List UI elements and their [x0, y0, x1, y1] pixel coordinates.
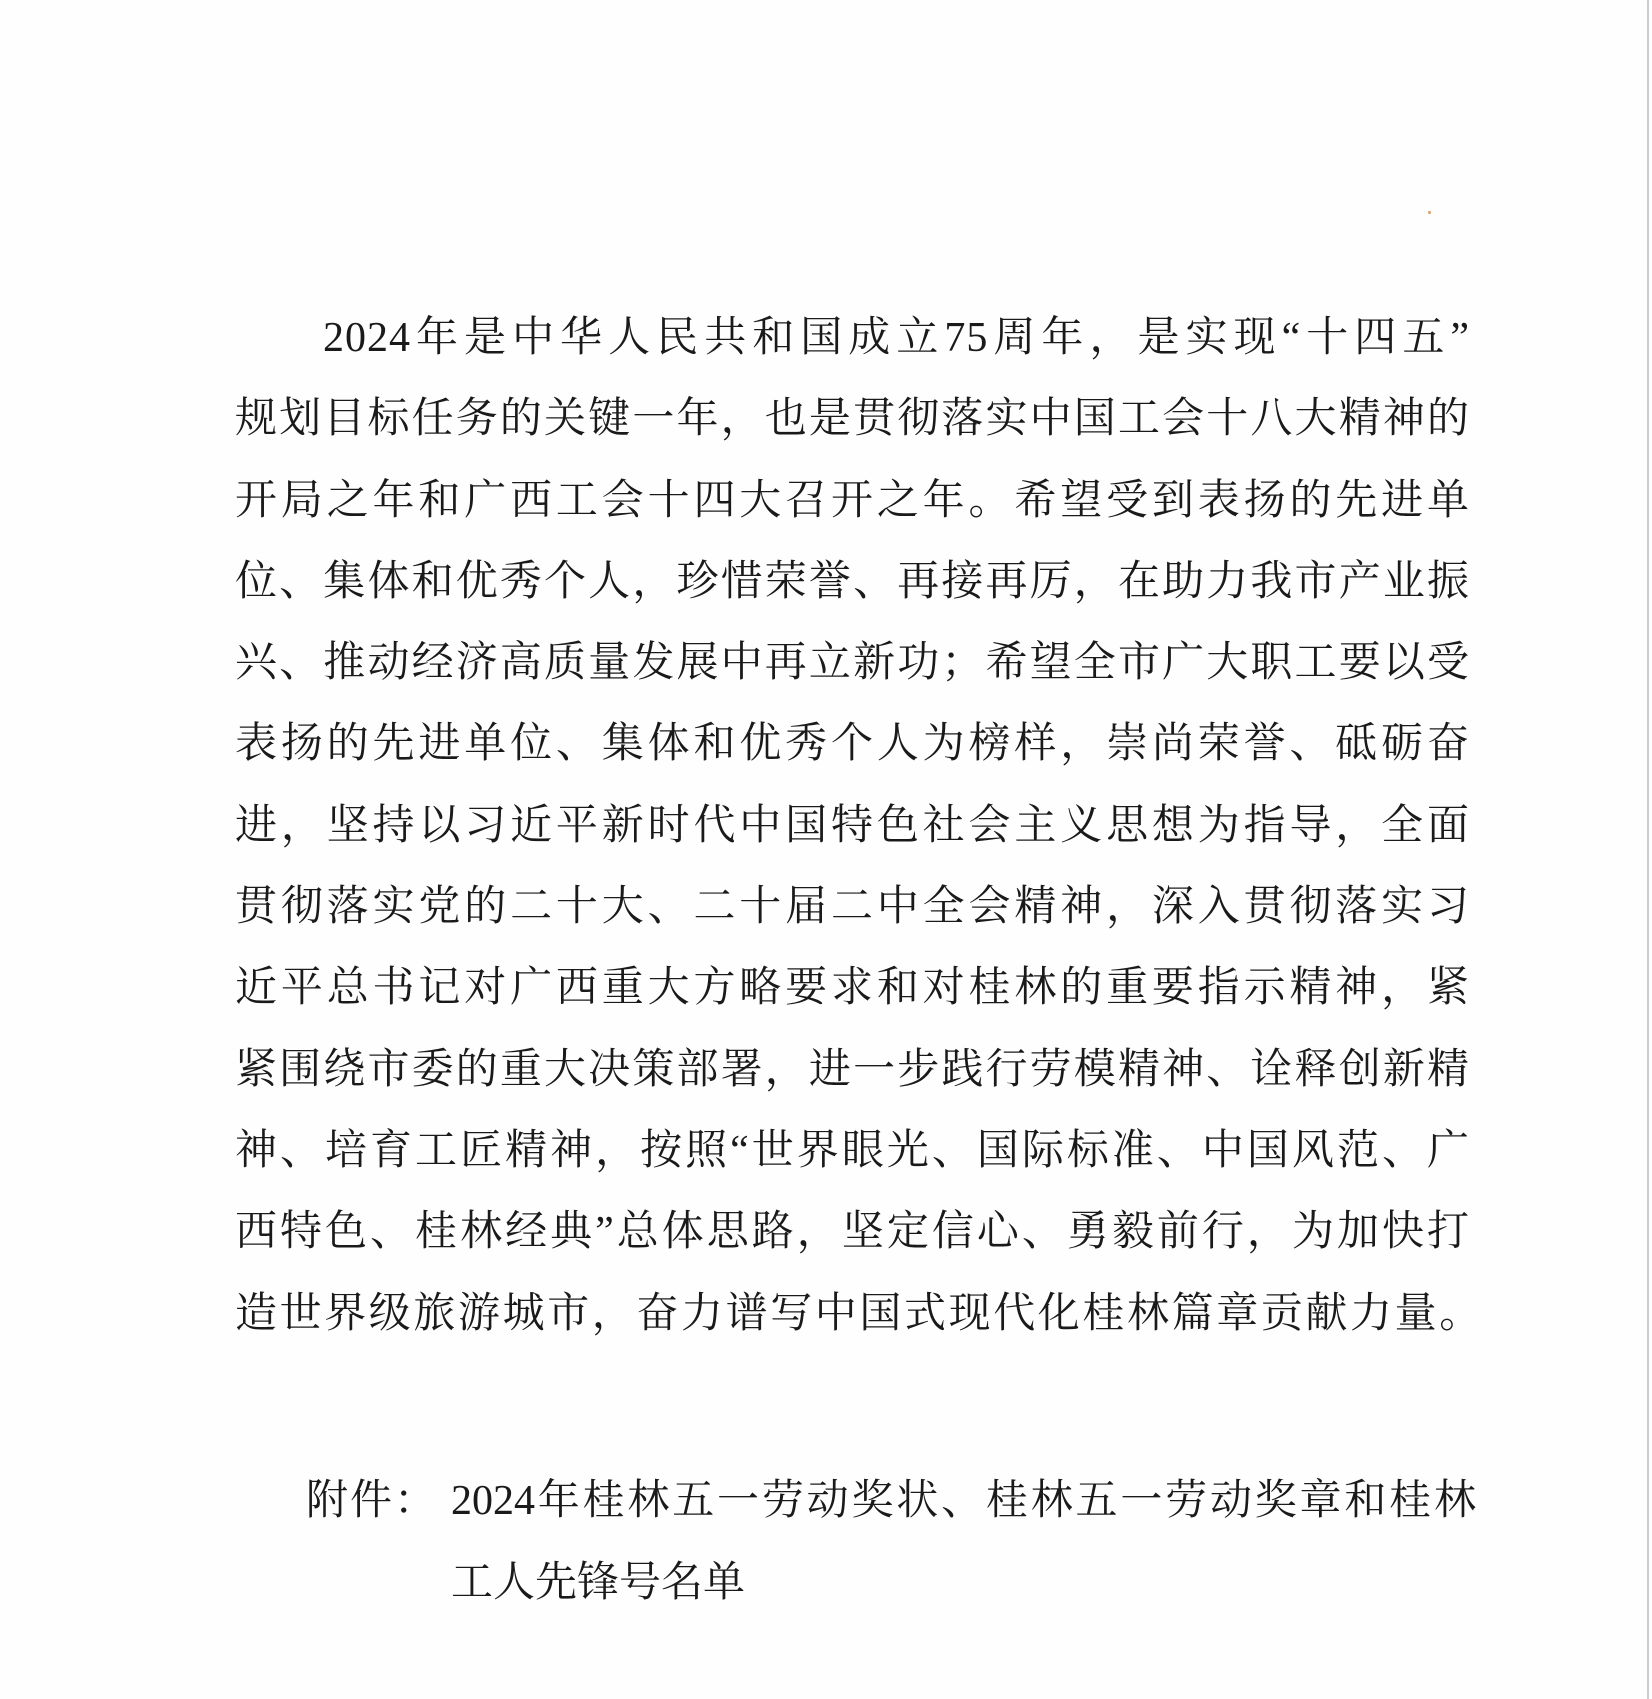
body-line: 开局之年和广西工会十四大召开之年。希望受到表扬的先进单: [235, 461, 1470, 542]
body-line: 2024年是中华人民共和国成立75周年，是实现“十四五”: [235, 298, 1470, 379]
body-line: 规划目标任务的关键一年，也是贯彻落实中国工会十八大精神的: [235, 379, 1470, 460]
body-line: 近平总书记对广西重大方略要求和对桂林的重要指示精神，紧: [235, 948, 1470, 1029]
body-paragraph: 2024年是中华人民共和国成立75周年，是实现“十四五” 规划目标任务的关键一年…: [235, 298, 1470, 1355]
body-line: 造世界级旅游城市，奋力谱写中国式现代化桂林篇章贡献力量。: [235, 1274, 1470, 1355]
attachment-title-line-2: 工人先锋号名单: [451, 1542, 1476, 1624]
body-line: 西特色、桂林经典”总体思路，坚定信心、勇毅前行，为加快打: [235, 1192, 1470, 1273]
attachment-label: 附件：: [306, 1460, 451, 1542]
body-line: 紧围绕市委的重大决策部署，进一步践行劳模精神、诠释创新精: [235, 1030, 1470, 1111]
attachment-row: 附件： 2024年桂林五一劳动奖状、桂林五一劳动奖章和桂林: [306, 1460, 1476, 1542]
body-line: 神、培育工匠精神，按照“世界眼光、国际标准、中国风范、广: [235, 1111, 1470, 1192]
body-line: 贯彻落实党的二十大、二十届二中全会精神，深入贯彻落实习: [235, 867, 1470, 948]
page-edge-divider: [1647, 0, 1649, 1699]
body-line: 兴、推动经济高质量发展中再立新功；希望全市广大职工要以受: [235, 623, 1470, 704]
document-page: 2024年是中华人民共和国成立75周年，是实现“十四五” 规划目标任务的关键一年…: [0, 0, 1652, 1699]
attachment-section: 附件： 2024年桂林五一劳动奖状、桂林五一劳动奖章和桂林 工人先锋号名单: [306, 1460, 1476, 1624]
body-line: 进，坚持以习近平新时代中国特色社会主义思想为指导，全面: [235, 786, 1470, 867]
attachment-label-spacer: [306, 1542, 451, 1624]
attachment-title-line-1: 2024年桂林五一劳动奖状、桂林五一劳动奖章和桂林: [451, 1460, 1476, 1542]
body-line: 表扬的先进单位、集体和优秀个人为榜样，崇尚荣誉、砥砺奋: [235, 704, 1470, 785]
scan-speck: [1428, 211, 1431, 214]
body-line: 位、集体和优秀个人，珍惜荣誉、再接再厉，在助力我市产业振: [235, 542, 1470, 623]
attachment-row: 工人先锋号名单: [306, 1542, 1476, 1624]
